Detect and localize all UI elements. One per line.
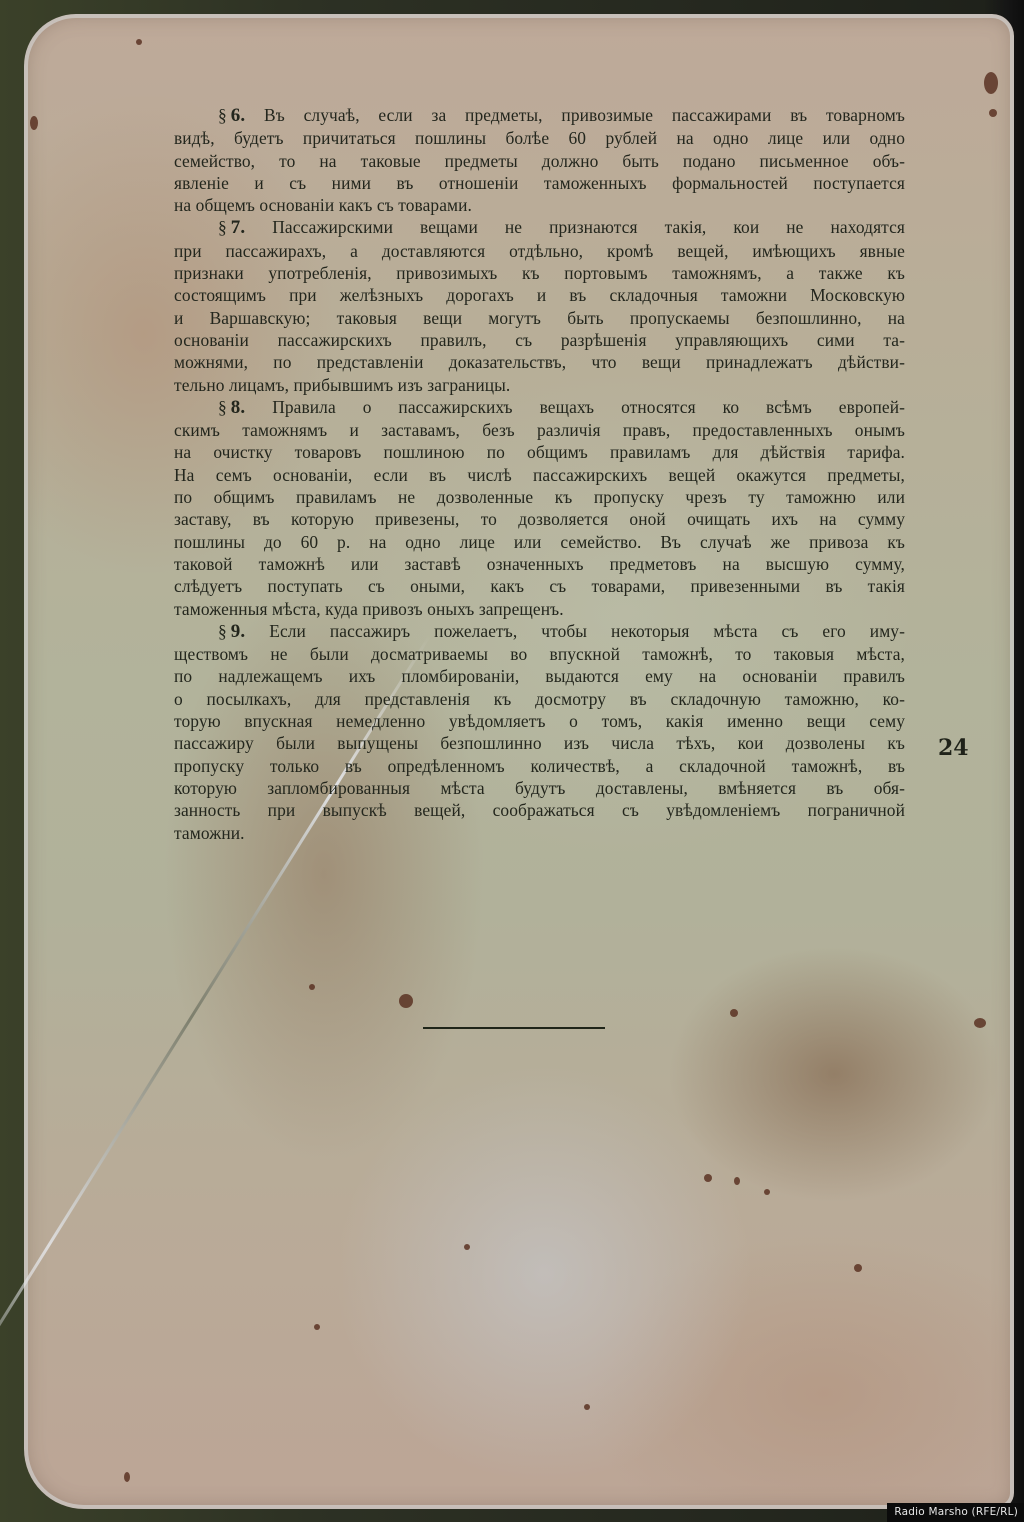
text-line: §8. Правила о пассажирскихъ вещахъ относ… — [130, 396, 905, 419]
stain-mark — [124, 1472, 130, 1482]
text-line: На семъ основаніи, если въ числѣ пассажи… — [130, 464, 905, 486]
photo-credit-watermark: Radio Marsho (RFE/RL) — [887, 1503, 1024, 1522]
section-mark: § — [218, 217, 227, 237]
section-6: §6. Въ случаѣ, если за предметы, привози… — [130, 104, 905, 216]
text-line: при пассажирахъ, а доставляются отдѣльно… — [130, 240, 905, 262]
text-line: занность при выпускѣ вещей, соображаться… — [130, 799, 905, 821]
text-line: на общемъ основаніи какъ съ товарами. — [130, 194, 905, 216]
document-body: §6. Въ случаѣ, если за предметы, привози… — [130, 104, 905, 844]
text-line: о посылкахъ, для представленія къ досмот… — [130, 688, 905, 710]
text-line: слѣдуетъ поступать съ оными, какъ съ тов… — [130, 575, 905, 597]
text-line: таковой таможнѣ или заставѣ означенныхъ … — [130, 553, 905, 575]
section-8: §8. Правила о пассажирскихъ вещахъ относ… — [130, 396, 905, 620]
stain-mark — [734, 1177, 740, 1185]
text-line: §9. Если пассажиръ пожелаетъ, чтобы неко… — [130, 620, 905, 643]
stain-mark — [584, 1404, 590, 1410]
stain-mark — [399, 994, 413, 1008]
text-line: которую запломбированныя мѣста будутъ до… — [130, 777, 905, 799]
text-line: по надлежащемъ ихъ пломбированіи, выдают… — [130, 665, 905, 687]
stain-mark — [984, 72, 998, 94]
line-text: Если пассажиръ пожелаетъ, чтобы некоторы… — [269, 621, 905, 641]
section-number: 8. — [231, 397, 245, 418]
line-text: Въ случаѣ, если за предметы, привозимые … — [264, 105, 905, 125]
text-line: можнями, по представленіи доказательствъ… — [130, 351, 905, 373]
stain-mark — [764, 1189, 770, 1195]
stain-mark — [136, 39, 142, 45]
text-line: §6. Въ случаѣ, если за предметы, привози… — [130, 104, 905, 127]
text-line: скимъ таможнямъ и заставамъ, безъ различ… — [130, 419, 905, 441]
text-line: заставу, въ которую привезены, то дозвол… — [130, 508, 905, 530]
text-line: на очистку товаровъ пошлиною по общимъ п… — [130, 441, 905, 463]
text-line: пошлины до 60 р. на одно лице или семейс… — [130, 531, 905, 553]
section-mark: § — [218, 397, 227, 417]
stain-mark — [704, 1174, 712, 1182]
stain-mark — [309, 984, 315, 990]
end-divider-rule — [423, 1027, 605, 1029]
section-9: §9. Если пассажиръ пожелаетъ, чтобы неко… — [130, 620, 905, 844]
stain-mark — [974, 1018, 986, 1028]
text-line: по общимъ правиламъ не дозволенные къ пр… — [130, 486, 905, 508]
section-number: 6. — [231, 105, 245, 126]
text-line: семейство, то на таковые предметы должно… — [130, 150, 905, 172]
text-line: основаніи пассажирскихъ правилъ, съ разр… — [130, 329, 905, 351]
text-line: видѣ, будетъ причитаться пошлины болѣе 6… — [130, 127, 905, 149]
section-number: 7. — [231, 217, 245, 238]
text-line: пассажиру были выпущены безпошлинно изъ … — [130, 732, 905, 754]
text-line: ществомъ не были досматриваемы во впускн… — [130, 643, 905, 665]
page-number: 24 — [938, 735, 969, 761]
text-line: и Варшавскую; таковыя вещи могутъ быть п… — [130, 307, 905, 329]
line-text: Правила о пассажирскихъ вещахъ относятся… — [272, 397, 905, 417]
text-line: таможни. — [130, 822, 905, 844]
text-line: пропуску только въ опредѣленномъ количес… — [130, 755, 905, 777]
section-7: §7. Пассажирскими вещами не признаются т… — [130, 216, 905, 395]
text-line: таможенныя мѣста, куда привозъ оныхъ зап… — [130, 598, 905, 620]
text-line: торую впускная немедленно увѣдомляетъ о … — [130, 710, 905, 732]
stain-mark — [989, 109, 997, 117]
text-line: тельно лицамъ, прибывшимъ изъ заграницы. — [130, 374, 905, 396]
line-text: Пассажирскими вещами не признаются такія… — [272, 217, 905, 237]
text-line: признаки употребленія, привозимыхъ къ по… — [130, 262, 905, 284]
stain-mark — [30, 116, 38, 130]
stain-mark — [730, 1009, 738, 1017]
text-line: явленіе и съ ними въ отношеніи таможенны… — [130, 172, 905, 194]
stain-mark — [314, 1324, 320, 1330]
stain-mark — [464, 1244, 470, 1250]
section-mark: § — [218, 621, 227, 641]
stain-mark — [854, 1264, 862, 1272]
section-mark: § — [218, 105, 227, 125]
text-line: §7. Пассажирскими вещами не признаются т… — [130, 216, 905, 239]
section-number: 9. — [231, 621, 245, 642]
text-line: состоящимъ при желѣзныхъ дорогахъ и въ с… — [130, 284, 905, 306]
